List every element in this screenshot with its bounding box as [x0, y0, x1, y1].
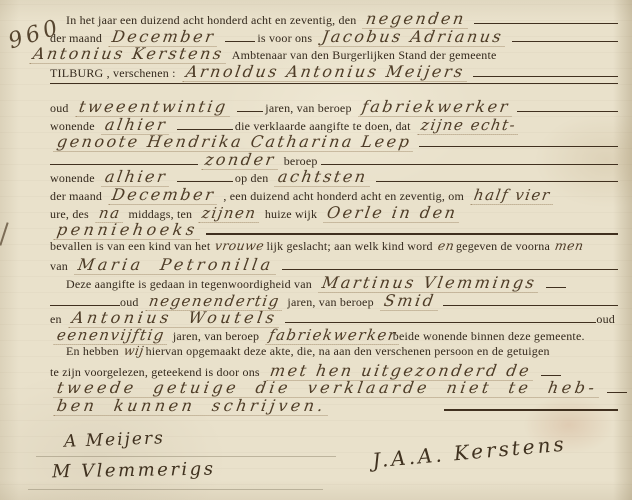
- document-line-6: oud tweeentwintig jaren, van beroep fabr…: [50, 97, 618, 115]
- document-line-17: oud negenendertig jaren, van beroep Smid: [50, 291, 618, 309]
- ruled-line: [321, 160, 618, 165]
- printed-text: jaren, van beroep: [287, 295, 373, 310]
- printed-text: hiervan opgemaakt deze akte, die, na aan…: [146, 344, 550, 359]
- document-line-9: zonder beroep: [50, 150, 618, 168]
- ruled-line: [517, 107, 618, 112]
- handwritten-entry: fabriekwerker: [358, 97, 514, 117]
- printed-text: is voor ons: [257, 31, 312, 46]
- printed-text: oud: [596, 312, 615, 327]
- ruled-line: [177, 125, 233, 130]
- document-line-8: genoote Hendrika Catharina Leep: [50, 132, 618, 150]
- printed-text: Deze aangifte is gedaan in tegenwoordigh…: [66, 277, 312, 292]
- handwritten-entry: wij: [122, 343, 146, 358]
- signature-declarant: A Meijers: [64, 428, 165, 452]
- printed-text: gegeven de voorna: [456, 239, 550, 254]
- document-line-21: te zijn voorgelezen, geteekend is door o…: [50, 361, 618, 379]
- handwritten-entry: fabriekwerker: [266, 326, 402, 345]
- handwritten-entry: men: [553, 238, 586, 253]
- handwritten-entry: penniehoeks: [53, 220, 202, 240]
- ruled-line: [474, 19, 618, 24]
- handwritten-entry: December: [109, 185, 220, 205]
- printed-text: Ambtenaar van den Burgerlijken Stand der…: [232, 48, 497, 63]
- ruled-line: [285, 318, 596, 323]
- document-line-18: en Antonius Woutels oud: [50, 308, 618, 326]
- printed-text: In het jaar een duizend acht honderd ach…: [66, 13, 356, 28]
- printed-text: oud: [50, 101, 69, 116]
- document-line-14: bevallen is van een kind van het vrouwe …: [50, 238, 618, 256]
- printed-text: bevallen is van een kind van het: [50, 239, 210, 254]
- ruled-line: [443, 301, 618, 306]
- printed-text: op den: [235, 171, 269, 186]
- signature-registrar: J.A.A. Kerstens: [371, 432, 567, 473]
- handwritten-entry: eenenvijftig: [53, 326, 169, 345]
- printed-text: der maand: [50, 189, 102, 204]
- printed-text: jaren, van beroep: [265, 101, 351, 116]
- document-line-23: ben kunnen schrijven.: [50, 396, 618, 414]
- handwritten-entry: vrouwe: [213, 238, 267, 253]
- ruled-line: [546, 283, 566, 288]
- printed-text: , een duizend acht honderd acht en zeven…: [223, 189, 464, 204]
- ruled-line: [50, 301, 120, 306]
- ruled-line: [177, 177, 233, 182]
- ruled-line: [512, 37, 618, 42]
- handwritten-entry: en: [436, 238, 457, 253]
- handwritten-entry: tweeentwintig: [75, 97, 232, 117]
- handwritten-entry: negenden: [363, 9, 471, 29]
- document-line-4: TILBURG , verschenen : Arnoldus Antonius…: [50, 62, 618, 80]
- document-line-11: der maand December , een duizend acht ho…: [50, 185, 618, 203]
- ruled-line: [444, 405, 618, 411]
- handwritten-entry: achtsten: [275, 167, 373, 187]
- certificate-body: In het jaar een duizend acht honderd ach…: [50, 9, 618, 414]
- printed-text: van: [50, 259, 68, 274]
- document-line-19: eenenvijftig jaren, van beroep fabriekwe…: [50, 326, 618, 344]
- handwritten-entry: Arnoldus Antonius Meijers: [182, 62, 469, 82]
- handwritten-entry: half vier: [471, 186, 556, 205]
- document-line-10: wonende alhier op den achtsten: [50, 167, 618, 185]
- ruled-line: [607, 388, 627, 393]
- ruled-line: [376, 177, 618, 182]
- document-line-20: En hebben wij hiervan opgemaakt deze akt…: [50, 343, 618, 361]
- printed-text: beide wonende binnen deze gemeente.: [393, 329, 585, 344]
- handwritten-entry: zijne echt-: [417, 116, 520, 135]
- printed-text: huize wijk: [265, 207, 317, 222]
- signature-guide-line: [28, 489, 323, 490]
- signature-witness: M Vlemmerigs: [52, 459, 216, 483]
- document-line-2: der maand December is voor ons Jacobus A…: [50, 27, 618, 45]
- handwritten-entry: ben kunnen schrijven.: [53, 396, 330, 416]
- printed-text: wonende: [50, 171, 95, 186]
- document-line-16: Deze aangifte is gedaan in tegenwoordigh…: [50, 273, 618, 291]
- document-line-5: [50, 79, 618, 97]
- handwritten-entry: Smid: [380, 291, 440, 311]
- handwritten-entry: zonder: [201, 150, 280, 170]
- handwritten-entry: Oerle in den: [324, 203, 463, 223]
- document-line-12: ure, des na middags, ten zijnen huize wi…: [50, 203, 618, 221]
- stray-pen-mark: [0, 222, 9, 245]
- ruled-line: [541, 371, 561, 376]
- ruled-line: [206, 229, 618, 235]
- printed-text: lijk geslacht; aan welk kind word: [266, 239, 432, 254]
- handwritten-entry: Jacobus Adrianus: [319, 27, 508, 47]
- handwritten-entry: zijnen: [199, 204, 262, 223]
- printed-text: en: [50, 312, 62, 327]
- document-line-15: van Maria Petronilla: [50, 255, 618, 273]
- handwritten-entry: Martinus Vlemmings: [318, 273, 541, 293]
- ruled-line: [419, 142, 618, 147]
- printed-text: En hebben: [66, 344, 119, 359]
- document-line-1: In het jaar een duizend acht honderd ach…: [50, 9, 618, 27]
- ruled-line: [473, 72, 618, 77]
- certificate-scan: 960 In het jaar een duizend acht honderd…: [0, 0, 632, 500]
- ruled-line: [237, 107, 263, 112]
- ruled-line: [282, 265, 618, 270]
- printed-text: jaren, van beroep: [173, 329, 259, 344]
- signature-guide-line: [36, 456, 336, 457]
- ruled-line: [225, 37, 255, 42]
- blank-space: [334, 407, 444, 411]
- ruled-line: [50, 160, 198, 165]
- handwritten-entry: Maria Petronilla: [74, 255, 278, 275]
- document-line-22: tweede getuige die verklaarde niet te he…: [50, 378, 618, 396]
- document-line-7: wonende alhier die verklaarde aangifte t…: [50, 115, 618, 133]
